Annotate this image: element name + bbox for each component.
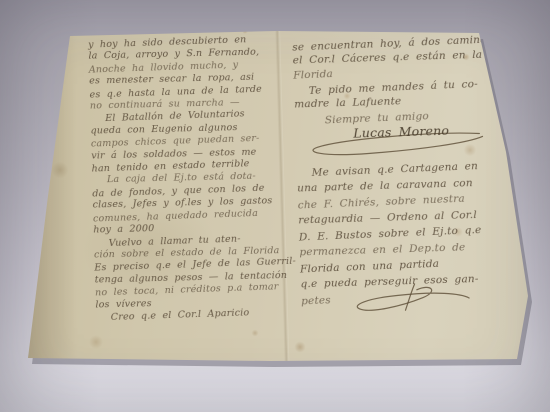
photo-scene: y hoy ha sido descubierto en la Coja, ar…: [0, 0, 550, 412]
postscript-rubric: [352, 278, 473, 322]
letter-body-block: se encuentran hoy, á dos caminos el Cor.…: [292, 33, 498, 83]
letter-page-right: se encuentran hoy, á dos caminos el Cor.…: [292, 33, 506, 309]
letter-paper: y hoy ha sido descubierto en la Coja, ar…: [0, 0, 550, 412]
letter-page-left: y hoy ha sido descubierto en la Coja, ar…: [88, 34, 291, 325]
